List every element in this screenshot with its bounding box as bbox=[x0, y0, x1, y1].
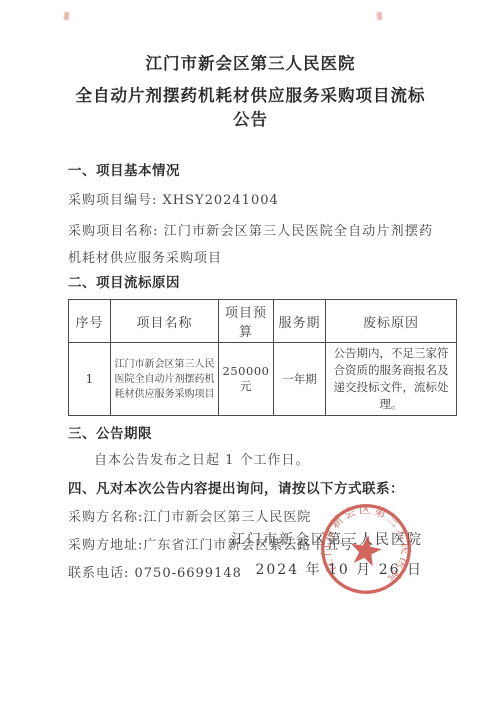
cell-period: 一年期 bbox=[274, 343, 326, 416]
signature-date: 2024 年 10 月 26 日 bbox=[255, 559, 423, 579]
document-title-line1: 江门市新会区第三人民医院 bbox=[68, 52, 433, 76]
col-header-reason: 废标原因 bbox=[326, 300, 457, 343]
cell-reason: 公告期内，不足三家符合资质的服务商报名及递交投标文件，流标处理。 bbox=[326, 343, 457, 416]
red-artifact-mark bbox=[377, 12, 383, 20]
project-number: 采购项目编号: XHSY20241004 bbox=[68, 191, 433, 211]
document-body: 江门市新会区第三人民医院 全自动片剂摆药机耗材供应服务采购项目流标公告 一、项目… bbox=[68, 52, 433, 584]
table-row: 1 江门市新会区第三人民医院全自动片剂摆药机耗材供应服务采购项目 250000 … bbox=[69, 343, 457, 416]
col-header-name: 项目名称 bbox=[111, 300, 219, 343]
section1-heading: 一、项目基本情况 bbox=[68, 162, 433, 181]
buyer-name: 采购方名称:江门市新会区第三人民医院 bbox=[68, 508, 433, 528]
cell-index: 1 bbox=[69, 343, 111, 416]
cell-budget: 250000 元 bbox=[219, 343, 274, 416]
section2-heading: 二、项目流标原因 bbox=[68, 274, 433, 293]
col-header-index: 序号 bbox=[69, 300, 111, 343]
cell-name: 江门市新会区第三人民医院全自动片剂摆药机耗材供应服务采购项目 bbox=[111, 343, 219, 416]
col-header-budget: 项目预算 bbox=[219, 300, 274, 343]
col-header-period: 服务期 bbox=[274, 300, 326, 343]
signature-org: 江门市新会区第三人民医院 bbox=[231, 529, 423, 549]
red-artifact-mark bbox=[63, 12, 69, 21]
section3-heading: 三、公告期限 bbox=[68, 425, 433, 444]
announcement-page: 江门市新会区第三人民医院 全自动片剂摆药机耗材供应服务采购项目流标公告 一、项目… bbox=[0, 0, 500, 707]
table-header-row: 序号 项目名称 项目预算 服务期 废标原因 bbox=[69, 300, 457, 343]
failed-bid-table: 序号 项目名称 项目预算 服务期 废标原因 1 江门市新会区第三人民医院全自动片… bbox=[68, 299, 457, 416]
section4-heading: 四、凡对本次公告内容提出询问，请按以下方式联系： bbox=[68, 480, 433, 499]
document-title-line2: 全自动片剂摆药机耗材供应服务采购项目流标公告 bbox=[68, 84, 433, 132]
announcement-term: 自本公告发布之日起 1 个工作日。 bbox=[68, 451, 433, 471]
project-name: 采购项目名称: 江门市新会区第三人民医院全自动片剂摆药机耗材供应服务采购项目 bbox=[68, 218, 433, 272]
